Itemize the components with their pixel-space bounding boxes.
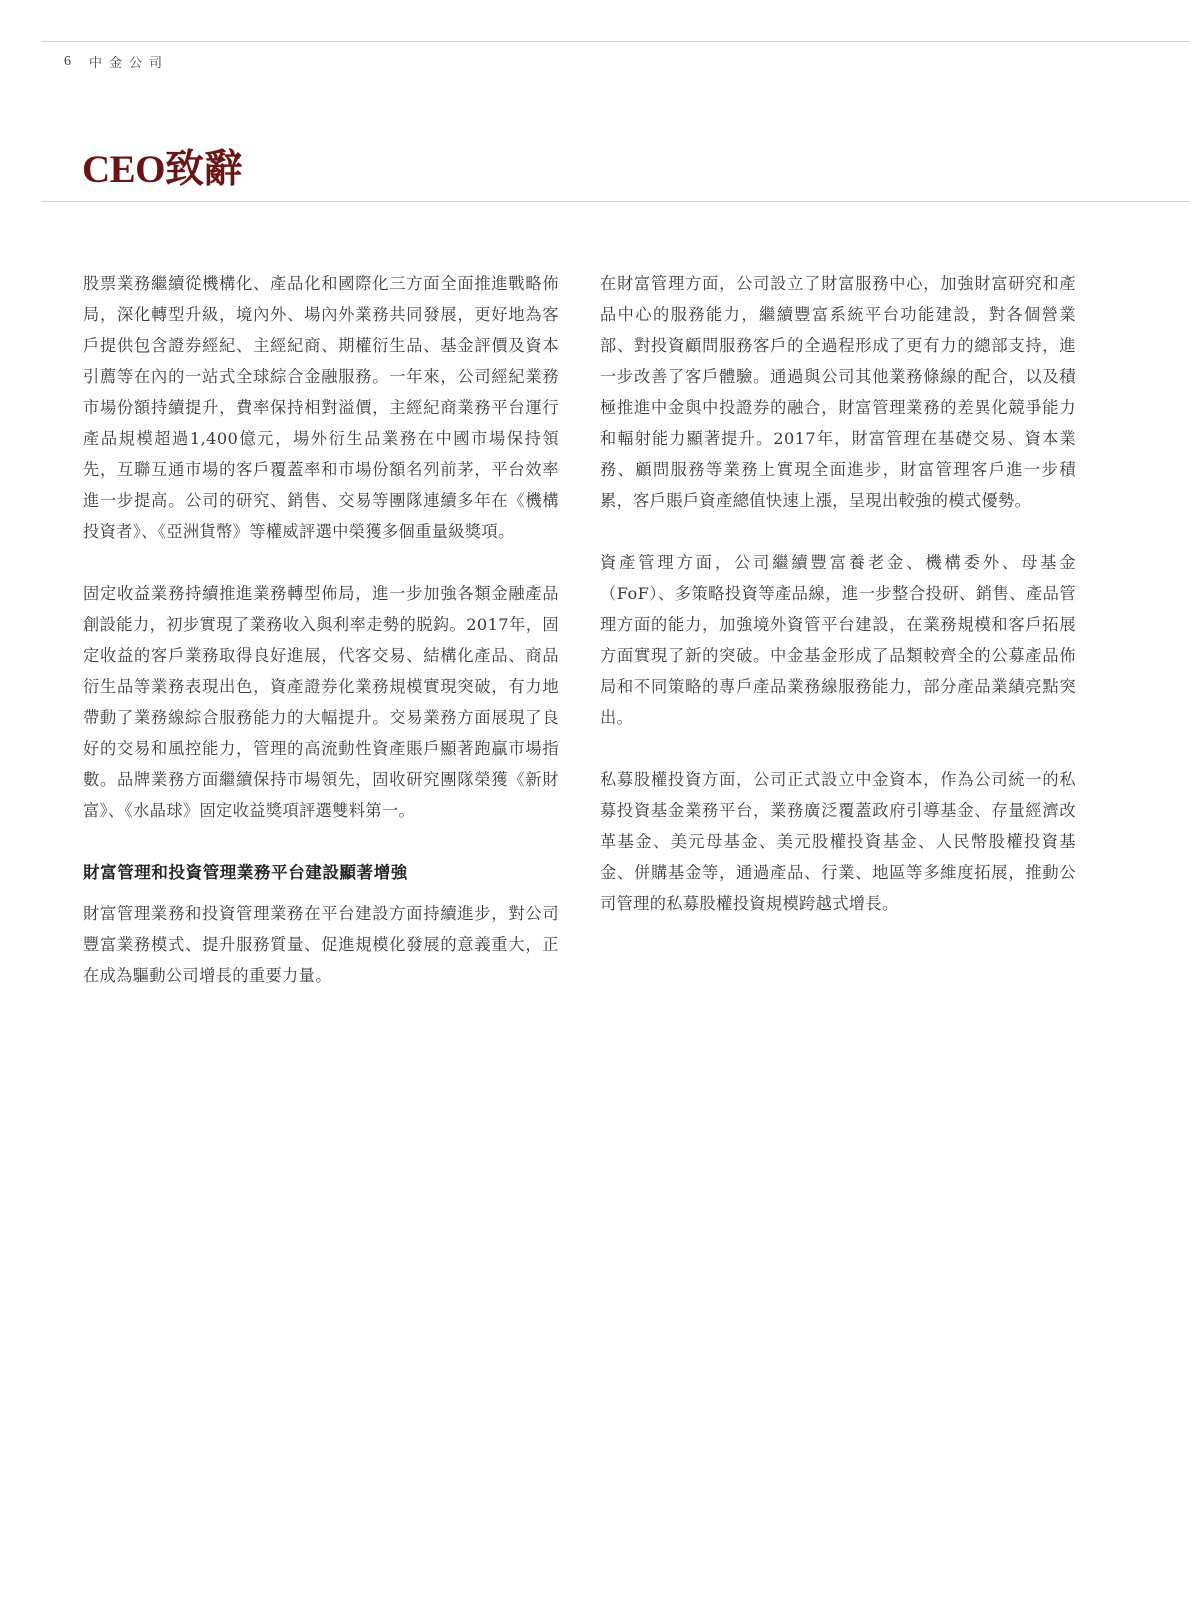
header-divider [41, 41, 1190, 42]
paragraph-platform: 財富管理業務和投資管理業務在平台建設方面持續進步，對公司豐富業務模式、提升服務質… [83, 898, 559, 991]
running-header: 6 中金公司 [64, 52, 169, 71]
right-column: 在財富管理方面，公司設立了財富服務中心，加強財富研究和產品中心的服務能力，繼續豐… [600, 268, 1076, 950]
left-column: 股票業務繼續從機構化、產品化和國際化三方面全面推進戰略佈局，深化轉型升級，境內外… [83, 268, 559, 1022]
paragraph-equities: 股票業務繼續從機構化、產品化和國際化三方面全面推進戰略佈局，深化轉型升級，境內外… [83, 268, 559, 547]
company-name: 中金公司 [89, 52, 169, 71]
title-divider [41, 201, 1190, 202]
section-subheading: 財富管理和投資管理業務平台建設顯著增強 [83, 857, 559, 888]
paragraph-fixed-income: 固定收益業務持續推進業務轉型佈局，進一步加強各類金融產品創設能力，初步實現了業務… [83, 578, 559, 826]
paragraph-private-equity: 私募股權投資方面，公司正式設立中金資本，作為公司統一的私募投資基金業務平台，業務… [600, 764, 1076, 919]
paragraph-wealth-management: 在財富管理方面，公司設立了財富服務中心，加強財富研究和產品中心的服務能力，繼續豐… [600, 268, 1076, 516]
page-number: 6 [64, 54, 71, 70]
paragraph-asset-management: 資產管理方面，公司繼續豐富養老金、機構委外、母基金（FoF）、多策略投資等產品線… [600, 547, 1076, 733]
page-title: CEO致辭 [82, 145, 242, 195]
